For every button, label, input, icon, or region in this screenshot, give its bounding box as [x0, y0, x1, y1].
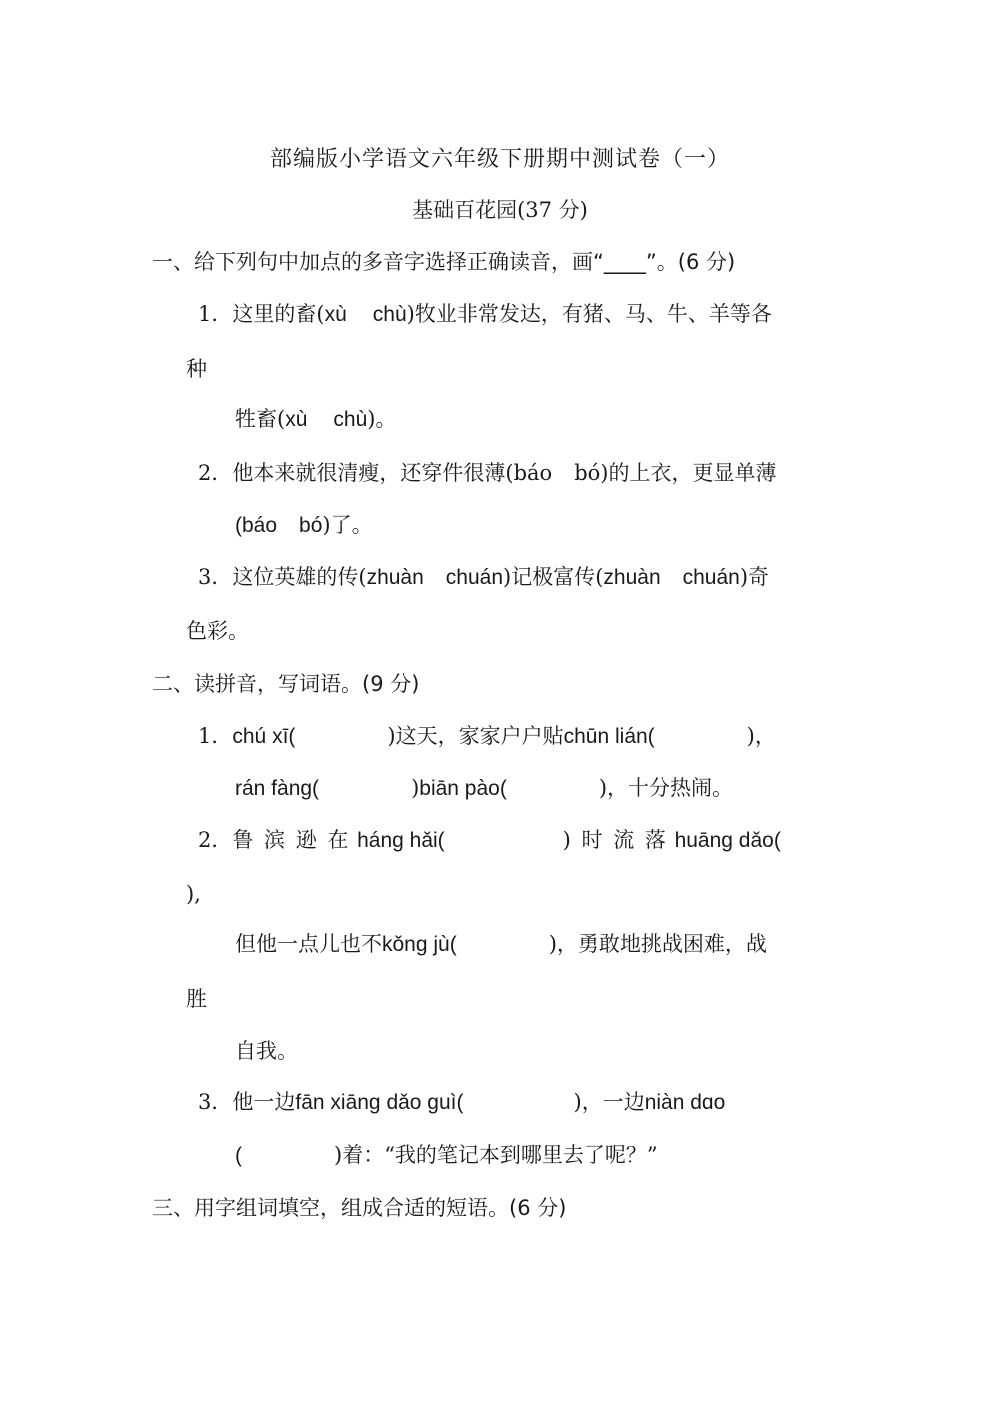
section-1-score: ”。(6 分)	[646, 250, 735, 274]
s2-q2-continuation-2: 胜	[186, 985, 207, 1013]
s1-q1-continuation: 种	[186, 355, 207, 383]
question-number: 1．	[198, 302, 232, 326]
paren: (	[235, 1144, 242, 1167]
question-text: )，	[747, 724, 776, 748]
question-number: 2．	[198, 828, 232, 852]
question-text: )牧业非常发达，有猪、马、牛、羊等各	[407, 302, 772, 326]
pinyin-option[interactable]: bó	[574, 461, 600, 485]
question-text: )着：“我的笔记本到哪里去了呢？”	[334, 1143, 658, 1167]
s2-q2-line3: 但他一点儿也不kǒng jù()，勇敢地挑战困难，战	[235, 930, 767, 959]
section-1-heading: 一、给下列句中加点的多音字选择正确读音，画“____”。(6 分)	[152, 248, 735, 276]
question-number: 3．	[198, 1090, 232, 1114]
question-text: 牲畜(	[235, 407, 285, 431]
pinyin-prompt: huāng dǎo(	[675, 829, 781, 852]
underline-blank: ____	[604, 250, 646, 274]
pinyin-prompt: chūn lián(	[564, 725, 655, 748]
question-text: ) 时 流 落	[563, 828, 668, 852]
s2-question-1: 1．chú xī()这天，家家户户贴chūn lián()，	[198, 722, 776, 751]
question-text: )奇	[740, 565, 769, 589]
s2-question-2: 2．鲁 滨 逊 在 háng hǎi() 时 流 落 huāng dǎo(	[198, 826, 781, 855]
pinyin-option[interactable]: bó	[299, 514, 322, 537]
page-title: 部编版小学语文六年级下册期中测试卷（一）	[0, 146, 1000, 174]
pinyin-option[interactable]: báo	[514, 461, 553, 485]
question-text: )这天，家家户户贴	[387, 724, 563, 748]
pinyin-option[interactable]: chù	[333, 408, 367, 431]
section-2-heading: 二、读拼音，写词语。(9 分)	[152, 670, 419, 698]
question-text: )了。	[322, 513, 372, 537]
pinyin-option[interactable]: zhuàn	[367, 566, 424, 589]
exam-page: 部编版小学语文六年级下册期中测试卷（一） 基础百花园(37 分) 一、给下列句中…	[0, 0, 1000, 1415]
pinyin-option[interactable]: chù	[373, 303, 407, 326]
section-1-heading-text: 一、给下列句中加点的多音字选择正确读音，画“	[152, 250, 604, 274]
pinyin-prompt: kǒng jù(	[382, 933, 457, 956]
s1-question-2: 2．他本来就很清瘦，还穿件很薄(báobó)的上衣，更显单薄	[198, 459, 776, 487]
question-text: 这里的畜(	[232, 302, 324, 326]
part-subtitle: 基础百花园(37 分)	[0, 196, 1000, 224]
s1-question-1: 1．这里的畜(xùchù)牧业非常发达，有猪、马、牛、羊等各	[198, 300, 772, 329]
pinyin-prompt: háng hǎi(	[357, 829, 445, 852]
pinyin-option[interactable]: xù	[285, 408, 307, 431]
s2-q3-line2: ()着：“我的笔记本到哪里去了呢？”	[235, 1141, 658, 1170]
s2-q2-continuation: ),	[186, 880, 201, 908]
question-text: 这位英雄的传(	[232, 565, 366, 589]
question-text: 鲁 滨 逊 在	[232, 828, 350, 852]
pinyin-prompt: rán fàng(	[235, 777, 319, 800]
s1-q3-continuation: 色彩。	[186, 617, 249, 645]
pinyin-prompt: fān xiāng dǎo guì(	[295, 1091, 463, 1114]
s1-question-3: 3．这位英雄的传(zhuànchuán)记极富传(zhuànchuán)奇	[198, 563, 769, 592]
section-3-heading: 三、用字组词填空，组成合适的短语。(6 分)	[152, 1194, 566, 1222]
pinyin-prompt: chú xī(	[232, 725, 295, 748]
question-text: 但他一点儿也不	[235, 932, 382, 956]
question-number: 2．	[198, 461, 232, 485]
question-text: 他一边	[232, 1090, 295, 1114]
question-text: )的上衣，更显单薄	[600, 461, 776, 485]
question-text: 他本来就很清瘦，还穿件很薄(	[232, 461, 513, 485]
pinyin-option[interactable]: báo	[242, 514, 277, 537]
question-text: )，十分热闹。	[599, 776, 733, 800]
question-number: 3．	[198, 565, 232, 589]
pinyin-option[interactable]: zhuàn	[603, 566, 660, 589]
pinyin-option[interactable]: chuán	[446, 566, 503, 589]
pinyin-prompt: niàn dɑo	[645, 1091, 726, 1114]
pinyin-option[interactable]: chuán	[683, 566, 740, 589]
pinyin-prompt: biān pào(	[419, 777, 507, 800]
question-text: )。	[367, 407, 396, 431]
s1-q1-line3: 牲畜(xùchù)。	[235, 405, 396, 434]
paren: (	[235, 514, 242, 537]
s2-q2-line5: 自我。	[235, 1037, 298, 1065]
question-number: 1．	[198, 724, 232, 748]
s2-q1-line2: rán fàng()biān pào()，十分热闹。	[235, 774, 733, 803]
s1-q2-line2: (báobó)了。	[235, 511, 373, 540]
s2-question-3: 3．他一边fān xiāng dǎo guì()，一边niàn dɑo	[198, 1088, 725, 1117]
question-text: )，勇敢地挑战困难，战	[549, 932, 767, 956]
question-text: )，一边	[574, 1090, 645, 1114]
question-text: )记极富传(	[503, 565, 603, 589]
pinyin-option[interactable]: xù	[325, 303, 347, 326]
